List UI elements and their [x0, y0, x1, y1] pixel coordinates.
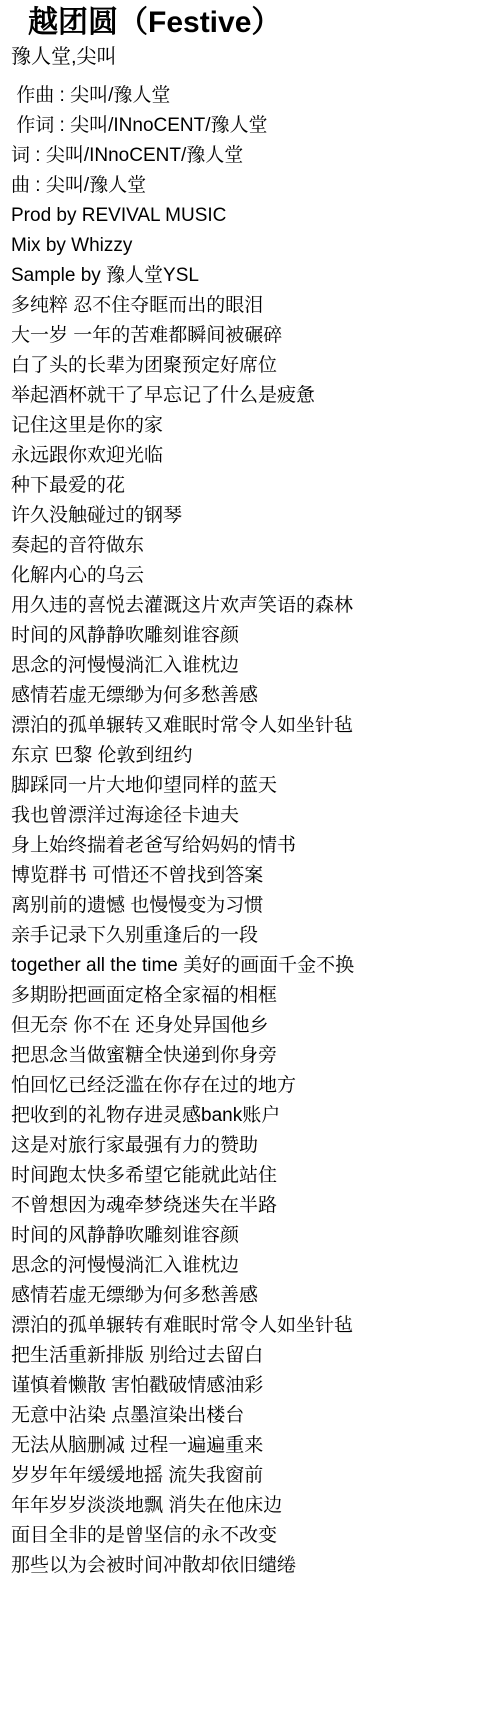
lyric-line: 博览群书 可惜还不曾找到答案: [11, 861, 490, 891]
lyric-line: 思念的河慢慢淌汇入谁枕边: [11, 651, 490, 681]
lyric-line: 无法从脑删减 过程一遍遍重来: [11, 1431, 490, 1461]
lyric-line: 时间的风静静吹雕刻谁容颜: [11, 621, 490, 651]
lyric-line: 记住这里是你的家: [11, 411, 490, 441]
lyric-line: 时间的风静静吹雕刻谁容颜: [11, 1221, 490, 1251]
lyric-line: 感情若虚无缥缈为何多愁善感: [11, 1281, 490, 1311]
lyric-line: 不曾想因为魂牵梦绕迷失在半路: [11, 1191, 490, 1221]
lyric-line: 离别前的遗憾 也慢慢变为习惯: [11, 891, 490, 921]
lyric-line: 无意中沾染 点墨渲染出楼台: [11, 1401, 490, 1431]
lyric-line: 但无奈 你不在 还身处异国他乡: [11, 1011, 490, 1041]
lyric-line: 把生活重新排版 别给过去留白: [11, 1341, 490, 1371]
lyric-line: Sample by 豫人堂YSL: [11, 261, 490, 291]
lyrics-page: 越团圆（Festive） 豫人堂,尖叫 作曲 : 尖叫/豫人堂 作词 : 尖叫/…: [0, 0, 500, 1581]
lyric-line: 身上始终揣着老爸写给妈妈的情书: [11, 831, 490, 861]
lyric-line: 把思念当做蜜糖全快递到你身旁: [11, 1041, 490, 1071]
lyric-line: 用久违的喜悦去灌溉这片欢声笑语的森林: [11, 591, 490, 621]
lyric-line: 怕回忆已经泛滥在你存在过的地方: [11, 1071, 490, 1101]
lyric-line: 举起酒杯就干了早忘记了什么是疲惫: [11, 381, 490, 411]
lyric-line: 思念的河慢慢淌汇入谁枕边: [11, 1251, 490, 1281]
lyric-line: Mix by Whizzy: [11, 231, 490, 261]
lyric-line: 那些以为会被时间冲散却依旧缱绻: [11, 1551, 490, 1581]
lyric-line: 白了头的长辈为团聚预定好席位: [11, 351, 490, 381]
lyric-line: 永远跟你欢迎光临: [11, 441, 490, 471]
lyrics: 作曲 : 尖叫/豫人堂 作词 : 尖叫/INnoCENT/豫人堂词 : 尖叫/I…: [11, 81, 490, 1581]
lyric-line: 脚踩同一片大地仰望同样的蓝天: [11, 771, 490, 801]
lyric-line: 作曲 : 尖叫/豫人堂: [11, 81, 490, 111]
lyric-line: 曲 : 尖叫/豫人堂: [11, 171, 490, 201]
lyric-line: 漂泊的孤单辗转有难眠时常令人如坐针毡: [11, 1311, 490, 1341]
lyric-line: 时间跑太快多希望它能就此站住: [11, 1161, 490, 1191]
lyric-line: 作词 : 尖叫/INnoCENT/豫人堂: [11, 111, 490, 141]
lyric-line: together all the time 美好的画面千金不换: [11, 951, 490, 981]
lyric-line: 谨慎着懒散 害怕戳破情感油彩: [11, 1371, 490, 1401]
lyric-line: 年年岁岁淡淡地飘 消失在他床边: [11, 1491, 490, 1521]
lyric-line: 许久没触碰过的钢琴: [11, 501, 490, 531]
lyric-line: 大一岁 一年的苦难都瞬间被碾碎: [11, 321, 490, 351]
lyric-line: Prod by REVIVAL MUSIC: [11, 201, 490, 231]
lyric-line: 感情若虚无缥缈为何多愁善感: [11, 681, 490, 711]
lyric-line: 化解内心的乌云: [11, 561, 490, 591]
lyric-line: 把收到的礼物存进灵感bank账户: [11, 1101, 490, 1131]
song-title: 越团圆（Festive）: [28, 2, 490, 44]
lyric-line: 亲手记录下久别重逢后的一段: [11, 921, 490, 951]
lyric-line: 多纯粹 忍不住夺眶而出的眼泪: [11, 291, 490, 321]
lyric-line: 东京 巴黎 伦敦到纽约: [11, 741, 490, 771]
lyric-line: 这是对旅行家最强有力的赞助: [11, 1131, 490, 1161]
lyric-line: 奏起的音符做东: [11, 531, 490, 561]
artist-name: 豫人堂,尖叫: [11, 44, 490, 70]
lyric-line: 面目全非的是曾坚信的永不改变: [11, 1521, 490, 1551]
lyric-line: 漂泊的孤单辗转又难眠时常令人如坐针毡: [11, 711, 490, 741]
lyric-line: 词 : 尖叫/INnoCENT/豫人堂: [11, 141, 490, 171]
lyric-line: 岁岁年年缓缓地摇 流失我窗前: [11, 1461, 490, 1491]
lyric-line: 多期盼把画面定格全家福的相框: [11, 981, 490, 1011]
lyric-line: 种下最爱的花: [11, 471, 490, 501]
lyric-line: 我也曾漂洋过海途径卡迪夫: [11, 801, 490, 831]
